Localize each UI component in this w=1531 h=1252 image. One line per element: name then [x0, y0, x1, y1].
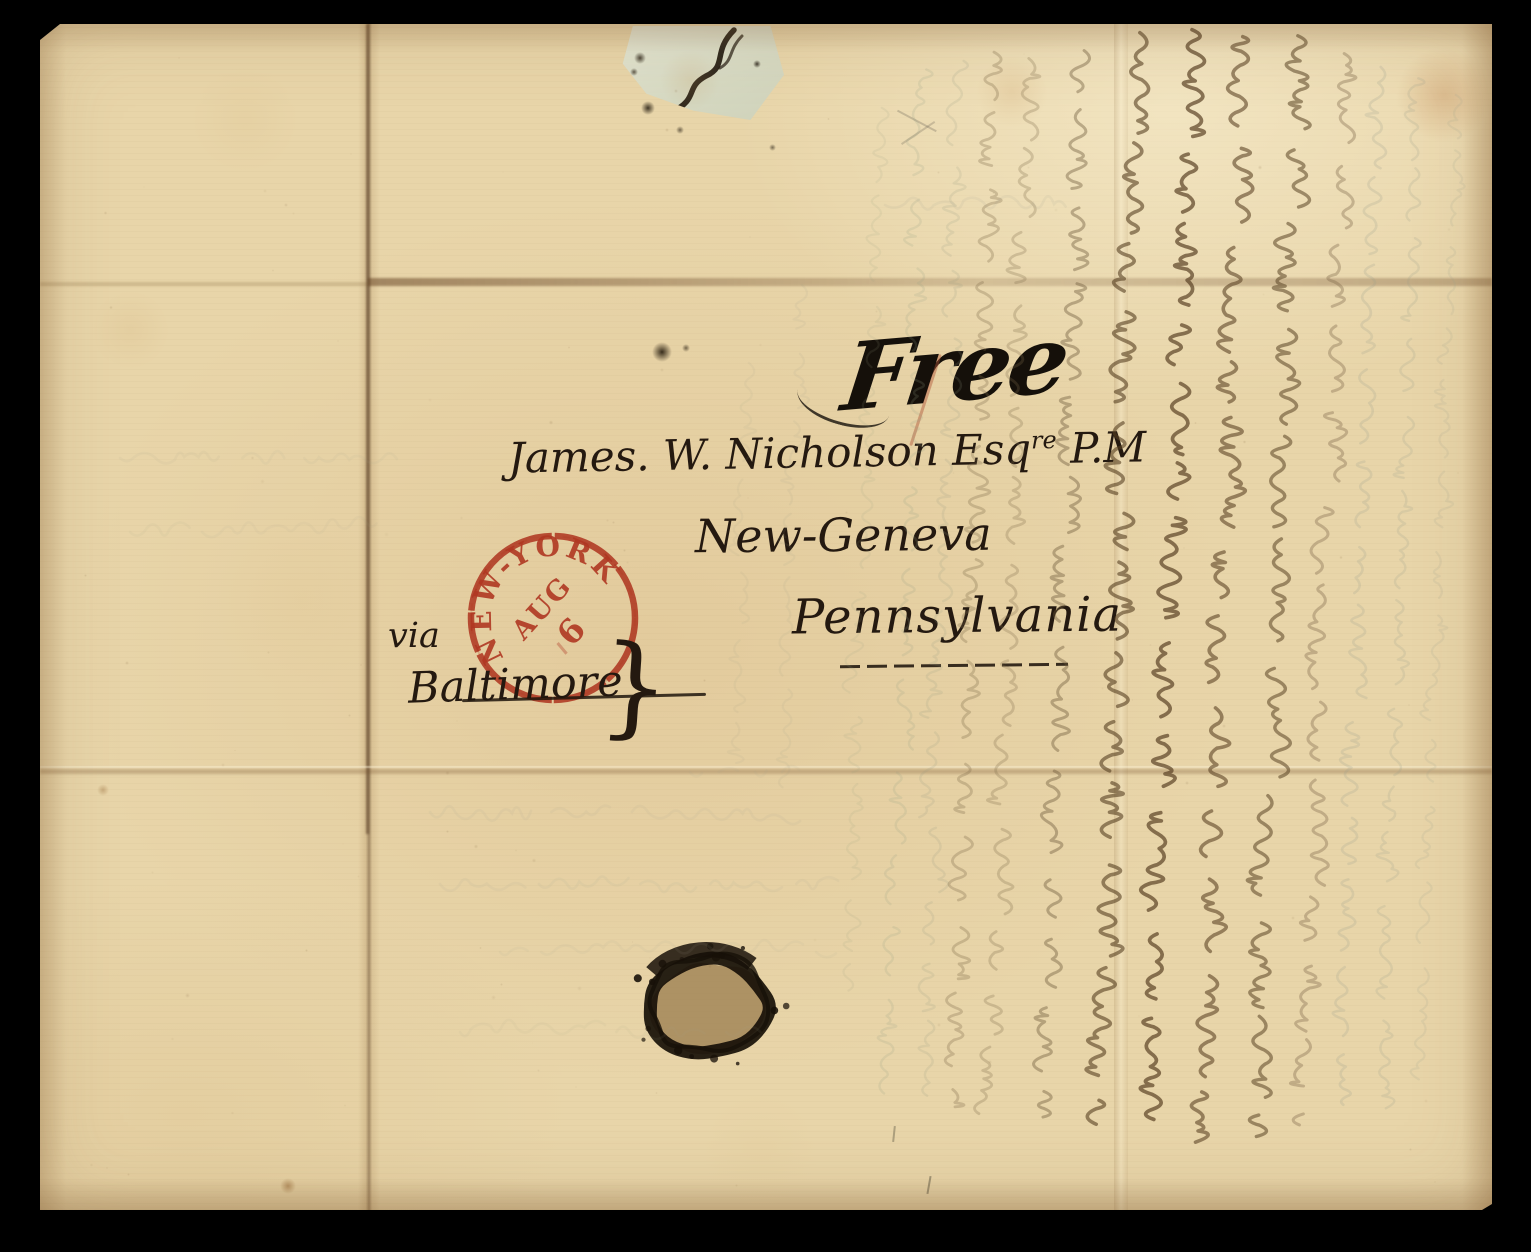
- wax-seal-speck: [712, 953, 720, 961]
- paper-fleck: [735, 1184, 738, 1187]
- paper-fleck: [937, 171, 940, 174]
- wax-seal-speck: [741, 946, 745, 950]
- paper-fleck: [231, 1111, 235, 1115]
- wax-seal-speck: [674, 1046, 682, 1054]
- paper-fleck: [660, 368, 664, 372]
- paper-fleck: [284, 203, 288, 207]
- wax-seal-speck: [641, 1038, 645, 1042]
- paper-fleck: [143, 186, 145, 188]
- paper-fleck: [612, 521, 615, 524]
- paper-fleck: [937, 1023, 941, 1027]
- paper-fleck: [127, 1173, 130, 1176]
- paper-fleck: [575, 1086, 577, 1088]
- letter-paper: NEW-YORK AUG 6 Free James. W. Nicholson …: [40, 24, 1492, 1210]
- wax-seal-speck: [649, 979, 655, 985]
- paper-fleck: [532, 858, 536, 862]
- paper-fleck: [260, 479, 264, 483]
- paper-fleck: [632, 941, 634, 943]
- paper-fleck: [267, 651, 270, 654]
- paper-fleck: [1027, 166, 1030, 169]
- paper-fleck: [1149, 644, 1151, 646]
- wax-seal-remnant: [600, 920, 820, 1100]
- paper-fleck: [1434, 1181, 1436, 1183]
- paper-fleck: [368, 321, 371, 324]
- paper-fleck: [1183, 547, 1185, 549]
- recipient-name: James. W. Nicholson Esq: [508, 424, 1032, 482]
- paper-fleck: [1424, 1099, 1428, 1103]
- recipient-esq-superscript: re: [1031, 426, 1057, 454]
- pencil-mark-bottom-a: [892, 1126, 896, 1142]
- paper-fleck: [1258, 165, 1262, 169]
- wax-seal-shape: [650, 958, 769, 1053]
- paper-fleck: [827, 118, 829, 120]
- paper-fleck: [537, 1069, 540, 1072]
- paper-fleck: [456, 720, 458, 722]
- paper-fleck: [813, 938, 817, 942]
- paper-fleck: [474, 844, 478, 848]
- foxing-stain: [210, 510, 390, 690]
- wax-seal-speck: [634, 974, 642, 982]
- pencil-mark-cross-b: [901, 121, 935, 145]
- paper-fleck: [357, 875, 360, 878]
- paper-fleck: [875, 310, 878, 313]
- paper-fleck: [479, 947, 482, 950]
- wax-seal-speck: [710, 1055, 718, 1063]
- recipient-postmaster-title: P.M: [1056, 422, 1146, 473]
- paper-fleck: [104, 211, 107, 214]
- wax-seal-shape: [649, 954, 768, 1051]
- paper-fleck: [1447, 228, 1450, 231]
- fold-crease-horizontal-bottom: [40, 769, 1492, 774]
- paper-fleck: [342, 843, 344, 845]
- paper-fleck: [502, 171, 504, 173]
- fold-crease-horizontal-top-left: [40, 282, 368, 286]
- wax-seal-speck: [736, 1062, 740, 1066]
- paper-fleck: [655, 1092, 657, 1094]
- paper-fleck: [1262, 293, 1265, 296]
- paper-fleck: [1254, 1123, 1257, 1126]
- paper-fleck: [1132, 699, 1134, 701]
- paper-fleck: [649, 957, 651, 959]
- paper-fleck: [263, 189, 267, 193]
- paper-fleck: [178, 57, 180, 59]
- foxing-stain: [90, 290, 170, 370]
- foxing-stain: [700, 1090, 820, 1210]
- scanned-letter-photo: NEW-YORK AUG 6 Free James. W. Nicholson …: [0, 0, 1531, 1252]
- paper-fleck: [292, 212, 295, 215]
- fold-crease-vertical-left: [358, 24, 380, 1210]
- foxing-stain: [976, 56, 1048, 128]
- wax-seal-speck: [645, 1026, 651, 1032]
- foxing-stain: [190, 64, 300, 174]
- postmark-day-smudge: [556, 642, 567, 655]
- paper-fleck: [90, 1163, 93, 1166]
- paper-fleck: [1054, 208, 1057, 211]
- fold-crease-horizontal-top: [368, 278, 1492, 286]
- paper-fleck: [305, 949, 309, 953]
- paper-fleck: [708, 965, 711, 968]
- paper-fleck: [337, 340, 339, 342]
- wax-seal-speck: [783, 1003, 790, 1010]
- foxing-stain: [97, 784, 109, 796]
- routing-brace: }: [596, 620, 675, 753]
- routing-via-label: via: [388, 616, 440, 656]
- paper-fleck: [125, 661, 129, 665]
- paper-fleck: [1194, 422, 1197, 425]
- paper-fleck: [350, 153, 352, 155]
- paper-fleck: [106, 1167, 108, 1169]
- paper-fleck: [491, 995, 496, 1000]
- paper-fleck: [749, 236, 751, 238]
- foxing-stain: [280, 1178, 296, 1194]
- paper-fleck: [515, 849, 517, 851]
- paper-fleck: [348, 714, 352, 718]
- torn-seal-paper-fragment: [616, 26, 784, 120]
- wax-seal-speck: [689, 1054, 694, 1059]
- paper-fleck: [460, 516, 463, 519]
- wax-seal-speck: [659, 960, 667, 968]
- paper-fleck: [185, 993, 190, 998]
- paper-fleck: [1169, 460, 1171, 462]
- ink-speck: [676, 126, 684, 134]
- wax-seal-speck: [771, 1007, 779, 1015]
- address-line-state: Pennsylvania: [792, 587, 1123, 646]
- wax-seal-speck: [707, 943, 714, 950]
- address-line-recipient: James. W. Nicholson Esqre P.M: [508, 422, 1147, 482]
- pencil-mark-bottom-b: [926, 1176, 931, 1194]
- paper-fleck: [759, 343, 763, 347]
- paper-fleck: [747, 497, 749, 499]
- paper-fleck: [568, 346, 570, 348]
- paper-fleck: [577, 986, 582, 991]
- wax-seal-shape: [649, 963, 765, 1054]
- paper-fleck: [428, 398, 432, 402]
- paper-fleck: [1023, 53, 1025, 55]
- wax-seal-speck: [680, 957, 684, 961]
- paper-fleck: [665, 128, 670, 133]
- illegible-script-fragment: [616, 26, 784, 120]
- wax-seal-shape: [652, 950, 752, 972]
- paper-fleck: [221, 763, 225, 767]
- paper-fleck: [234, 750, 236, 752]
- paper-fleck: [1291, 916, 1295, 920]
- paper-fleck: [1138, 1015, 1140, 1017]
- paper-fleck: [1185, 781, 1189, 785]
- paper-fleck: [1408, 704, 1410, 706]
- paper-fleck: [109, 306, 112, 309]
- paper-fleck: [1409, 1148, 1411, 1150]
- address-line-town: New-Geneva: [695, 507, 992, 564]
- paper-fleck: [151, 871, 154, 874]
- ink-speck: [652, 342, 672, 362]
- paper-fleck: [1457, 472, 1459, 474]
- paper-fleck: [360, 664, 362, 666]
- state-underline: [840, 663, 1068, 668]
- routing-city: Baltimore: [407, 656, 623, 713]
- paper-fleck: [251, 456, 254, 459]
- paper-fleck: [500, 983, 503, 986]
- paper-fleck: [1339, 556, 1342, 559]
- wax-seal-speck: [719, 953, 725, 959]
- fold-crease-vertical-left-core: [366, 24, 369, 834]
- paper-fleck: [1243, 440, 1246, 443]
- paper-fleck: [549, 420, 554, 425]
- paper-fleck: [344, 1104, 347, 1107]
- paper-fleck: [171, 1037, 174, 1040]
- paper-texture: [40, 24, 1492, 1210]
- paper-fleck: [446, 830, 449, 833]
- paper-fleck: [1232, 459, 1236, 463]
- foxing-stain: [1396, 47, 1492, 143]
- paper-fleck: [384, 532, 389, 537]
- paper-fleck: [272, 269, 275, 272]
- ink-speck: [769, 144, 776, 151]
- paper-fleck: [532, 1042, 534, 1044]
- paper-fleck: [84, 574, 87, 577]
- paper-fleck: [988, 1060, 992, 1064]
- paper-fleck: [992, 192, 994, 194]
- ink-speck: [641, 101, 655, 115]
- paper-edge-shading: [40, 24, 1492, 1210]
- paper-fleck: [606, 519, 608, 521]
- paper-fleck: [445, 771, 449, 775]
- paper-fleck: [1222, 724, 1226, 728]
- paper-fleck: [1186, 153, 1189, 156]
- fold-crease-horizontal-bottom-highlight: [40, 766, 1492, 768]
- paper-fleck: [1101, 687, 1104, 690]
- paper-fleck: [703, 679, 707, 683]
- ink-speck: [682, 344, 690, 352]
- pencil-mark-cross-a: [897, 110, 937, 132]
